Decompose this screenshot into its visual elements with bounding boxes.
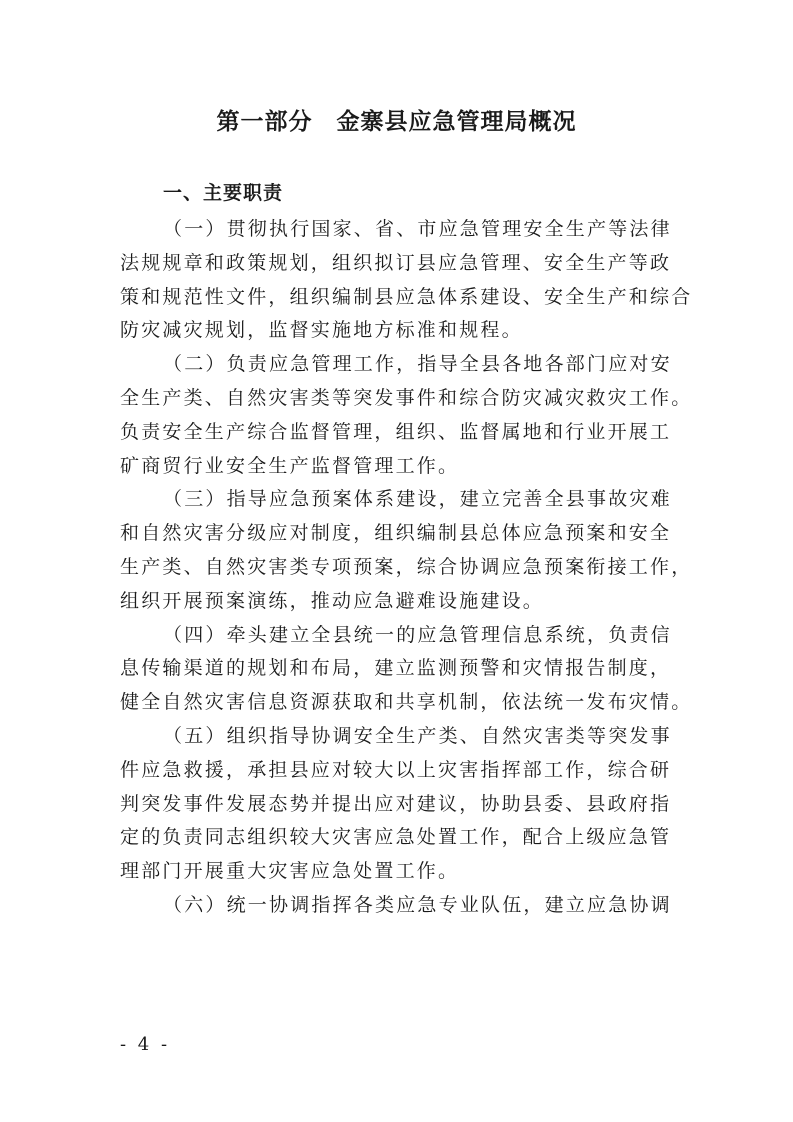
text-line: 理部门开展重大灾害应急处置工作。 [120, 855, 685, 889]
document-page: 第一部分 金寨县应急管理局概况 一、主要职责 （一）贯彻执行国家、省、市应急管理… [0, 0, 793, 1122]
text-line: （四）牵头建立全县统一的应急管理信息系统，负责信 [120, 619, 685, 653]
text-line: 生产类、自然灾害类专项预案，综合协调应急预案衔接工作， [120, 551, 685, 585]
text-line: 组织开展预案演练，推动应急避难设施建设。 [120, 585, 685, 619]
paragraph-3: （三）指导应急预案体系建设，建立完善全县事故灾难 和自然灾害分级应对制度，组织编… [120, 483, 685, 618]
section-heading: 一、主要职责 [163, 178, 283, 205]
paragraph-4: （四）牵头建立全县统一的应急管理信息系统，负责信 息传输渠道的规划和布局，建立监… [120, 619, 685, 720]
paragraph-1: （一）贯彻执行国家、省、市应急管理安全生产等法律 法规规章和政策规划，组织拟订县… [120, 213, 685, 348]
text-line: 和自然灾害分级应对制度，组织编制县总体应急预案和安全 [120, 517, 685, 551]
text-line: 防灾减灾规划，监督实施地方标准和规程。 [120, 314, 685, 348]
text-line: （二）负责应急管理工作，指导全县各地各部门应对安 [120, 348, 685, 382]
page-title: 第一部分 金寨县应急管理局概况 [0, 103, 793, 136]
text-line: 健全自然灾害信息资源获取和共享机制，依法统一发布灾情。 [120, 686, 685, 720]
text-line: 矿商贸行业安全生产监督管理工作。 [120, 450, 685, 484]
text-line: 法规规章和政策规划，组织拟订县应急管理、安全生产等政 [120, 247, 685, 281]
text-line: （一）贯彻执行国家、省、市应急管理安全生产等法律 [120, 213, 685, 247]
text-line: 负责安全生产综合监督管理，组织、监督属地和行业开展工 [120, 416, 685, 450]
text-line: 判突发事件发展态势并提出应对建议，协助县委、县政府指 [120, 788, 685, 822]
text-line: 定的负责同志组织较大灾害应急处置工作，配合上级应急管 [120, 821, 685, 855]
paragraph-2: （二）负责应急管理工作，指导全县各地各部门应对安 全生产类、自然灾害类等突发事件… [120, 348, 685, 483]
paragraph-6: （六）统一协调指挥各类应急专业队伍，建立应急协调 [120, 889, 685, 923]
text-line: （三）指导应急预案体系建设，建立完善全县事故灾难 [120, 483, 685, 517]
page-number: - 4 - [120, 1034, 170, 1055]
text-line: 策和规范性文件，组织编制县应急体系建设、安全生产和综合 [120, 281, 685, 315]
text-line: 息传输渠道的规划和布局，建立监测预警和灾情报告制度， [120, 652, 685, 686]
text-line: 全生产类、自然灾害类等突发事件和综合防灾减灾救灾工作。 [120, 382, 685, 416]
text-line: （六）统一协调指挥各类应急专业队伍，建立应急协调 [120, 889, 685, 923]
paragraph-5: （五）组织指导协调安全生产类、自然灾害类等突发事 件应急救援，承担县应对较大以上… [120, 720, 685, 889]
document-body: （一）贯彻执行国家、省、市应急管理安全生产等法律 法规规章和政策规划，组织拟订县… [120, 213, 685, 923]
text-line: （五）组织指导协调安全生产类、自然灾害类等突发事 [120, 720, 685, 754]
text-line: 件应急救援，承担县应对较大以上灾害指挥部工作，综合研 [120, 754, 685, 788]
